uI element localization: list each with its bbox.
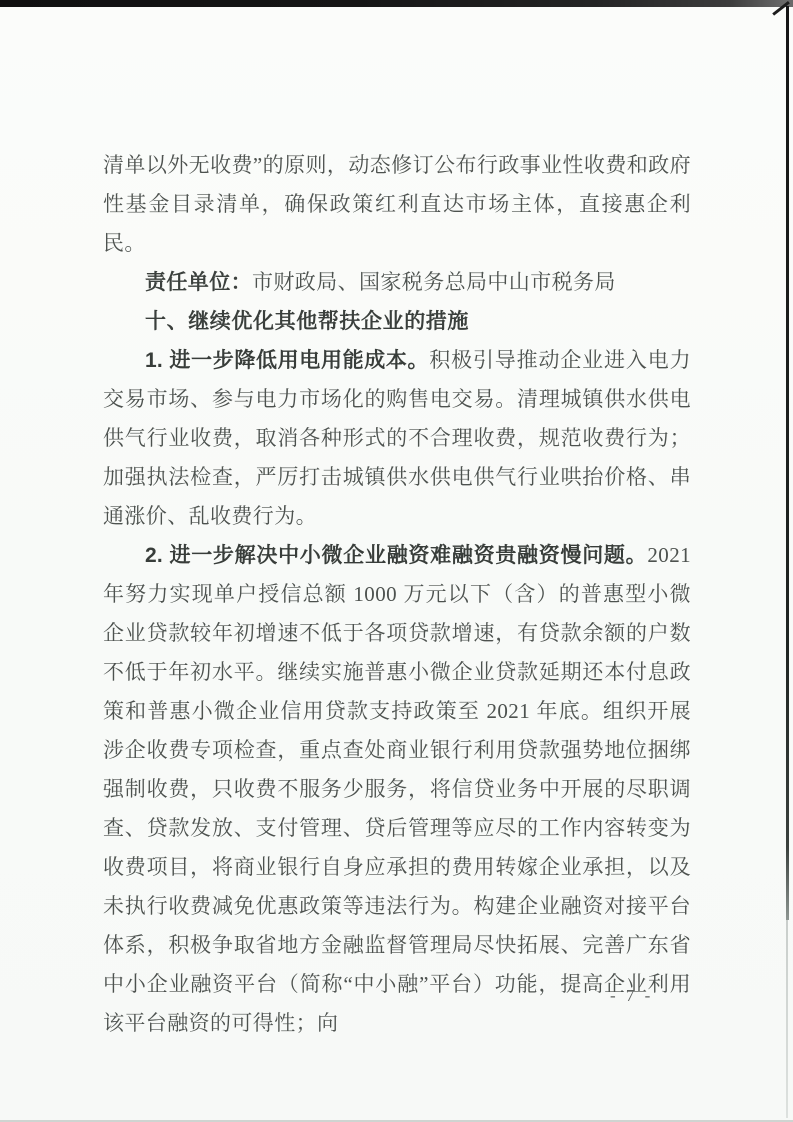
numbered-item-2: 2. 进一步解决中小微企业融资难融资贵融资慢问题。2021 年努力实现单户授信总… [103, 536, 691, 1043]
page-number: - 7 - [610, 986, 653, 1006]
numbered-item-2-text: 2021 年努力实现单户授信总额 1000 万元以下（含）的普惠型小微企业贷款较… [103, 543, 691, 1035]
numbered-item-1-lead: 1. 进一步降低用电用能成本。 [145, 349, 429, 372]
scan-right-edge-artifact [786, 6, 789, 920]
responsibility-line: 责任单位：市财政局、国家税务总局中山市税务局 [103, 263, 691, 302]
scan-top-edge-artifact [0, 0, 793, 7]
section-heading: 十、继续优化其他帮扶企业的措施 [103, 302, 691, 341]
numbered-item-1: 1. 进一步降低用电用能成本。积极引导推动企业进入电力交易市场、参与电力市场化的… [103, 341, 691, 536]
scanned-document-page: 清单以外无收费”的原则，动态修订公布行政事业性收费和政府性基金目录清单，确保政策… [0, 0, 793, 1122]
numbered-item-2-lead: 2. 进一步解决中小微企业融资难融资贵融资慢问题。 [145, 544, 647, 567]
scan-right-edge-faint [786, 920, 788, 1118]
paragraph-continuation: 清单以外无收费”的原则，动态修订公布行政事业性收费和政府性基金目录清单，确保政策… [103, 146, 691, 263]
numbered-item-1-text: 积极引导推动企业进入电力交易市场、参与电力市场化的购售电交易。清理城镇供水供电供… [103, 348, 691, 528]
responsibility-value: 市财政局、国家税务总局中山市税务局 [252, 270, 616, 294]
document-body: 清单以外无收费”的原则，动态修订公布行政事业性收费和政府性基金目录清单，确保政策… [103, 146, 691, 1043]
responsibility-label: 责任单位： [145, 270, 252, 294]
